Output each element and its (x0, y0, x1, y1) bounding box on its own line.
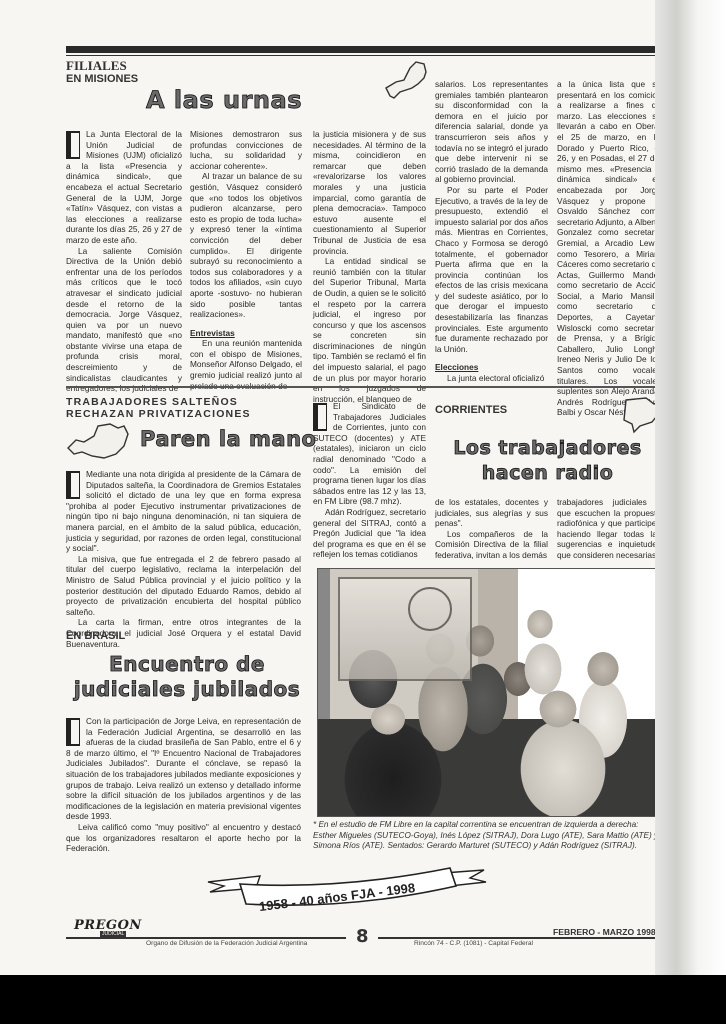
group-photo (317, 568, 660, 817)
paragraph: Misiones demostraron sus profundas convi… (190, 129, 302, 171)
paragraph: La junta electoral oficializó (435, 373, 548, 384)
photo-background-window (338, 577, 472, 681)
brasil-kicker: EN BRASIL (66, 630, 125, 642)
paragraph: Leiva calificó como "muy positivo" al en… (66, 822, 301, 854)
salta-province-map-icon (66, 422, 132, 462)
paragraph: Adán Rodríguez, secretario general del S… (313, 507, 426, 560)
photo-caption: * En el estudio de FM Libre en la capita… (313, 820, 663, 852)
paragraph: Al trazar un balance de su gestión, Vásq… (190, 171, 302, 319)
paragraph: El Sindicato de Trabajadores Judiciales … (313, 401, 426, 507)
corrientes-headline: Los trabajadores hacen radio (435, 436, 660, 486)
corrientes-headline-line-1: Los trabajadores (435, 436, 660, 461)
dropcap-icon (66, 471, 80, 499)
paragraph: La saliente Comisión Directiva de la Uni… (66, 246, 182, 394)
anniversary-ribbon: 1958 - 40 años FJA - 1998 (200, 862, 490, 914)
section-divider (66, 386, 660, 388)
paragraph: La misiva, que fue entregada el 2 de feb… (66, 554, 301, 618)
top-header-bar (66, 46, 660, 53)
brasil-body: Con la participación de Jorge Leiva, en … (66, 716, 301, 854)
paragraph: En una reunión mantenida con el obispo d… (190, 338, 302, 391)
misiones-column-4: salarios. Los representantes gremiales t… (435, 79, 548, 384)
footer-tagline: Organo de Difusión de la Federación Judi… (146, 940, 307, 947)
misiones-headline: A las urnas (146, 86, 302, 114)
corrientes-headline-line-2: hacen radio (435, 461, 660, 486)
misiones-column-1: La Junta Electoral de la Unión Judicial … (66, 129, 182, 394)
issue-date: FEBRERO - MARZO 1998 (553, 927, 656, 937)
dropcap-icon (66, 718, 80, 746)
section-label: FILIALES (66, 58, 127, 74)
footer-rule-right (378, 937, 658, 939)
top-header-rule (66, 55, 660, 56)
photo-background-fan (408, 587, 452, 631)
footer-address: Rincón 74 - C.P. (1081) - Capital Federa… (414, 940, 533, 947)
corrientes-column-3: trabajadores judiciales a que escuchen l… (557, 497, 661, 561)
misiones-kicker: EN MISIONES (66, 73, 138, 85)
brasil-headline-line-2: judiciales jubilados (66, 677, 308, 702)
paragraph: Los compañeros de la Comisión Directiva … (435, 529, 548, 561)
page-number: 8 (356, 926, 369, 947)
newspaper-page: FILIALES EN MISIONES A las urnas La Junt… (0, 0, 662, 975)
paragraph: Mediante una nota dirigida al presidente… (66, 469, 301, 554)
corrientes-kicker: CORRIENTES (435, 404, 507, 416)
corrientes-column-1: El Sindicato de Trabajadores Judiciales … (313, 401, 426, 560)
subhead-entrevistas: Entrevistas (190, 328, 302, 339)
misiones-province-map-icon (384, 58, 430, 104)
brasil-headline: Encuentro de judiciales jubilados (66, 652, 308, 702)
scan-background (8, 976, 726, 1024)
salta-body: Mediante una nota dirigida al presidente… (66, 469, 301, 649)
misiones-column-3: la justicia misionera y de sus necesidad… (313, 129, 426, 404)
misiones-column-5: a la única lista que se presentará en lo… (557, 79, 661, 418)
paragraph: La entidad sindical se reunió también co… (313, 256, 426, 404)
paragraph: de los estatales, docentes y judiciales,… (435, 497, 548, 529)
paragraph: Con la participación de Jorge Leiva, en … (66, 716, 301, 822)
paragraph: Por su parte el Poder Ejecutivo, a travé… (435, 185, 548, 355)
salta-kicker: TRABAJADORES SALTEÑOS RECHAZAN PRIVATIZA… (66, 396, 306, 420)
paragraph: la justicia misionera y de sus necesidad… (313, 129, 426, 256)
paragraph: a la única lista que se presentará en lo… (557, 79, 661, 418)
paragraph: La Junta Electoral de la Unión Judicial … (66, 129, 182, 246)
page-edge-shadow (655, 0, 726, 975)
brasil-headline-line-1: Encuentro de (66, 652, 308, 677)
corrientes-column-2: de los estatales, docentes y judiciales,… (435, 497, 548, 561)
subhead-elecciones: Elecciones (435, 362, 548, 373)
dropcap-icon (66, 131, 80, 159)
footer-rule-left (66, 937, 346, 939)
paragraph: trabajadores judiciales a que escuchen l… (557, 497, 661, 561)
misiones-column-2: Misiones demostraron sus profundas convi… (190, 129, 302, 391)
dropcap-icon (313, 403, 327, 431)
paragraph: salarios. Los representantes gremiales t… (435, 79, 548, 185)
salta-headline: Paren la mano (140, 427, 316, 451)
